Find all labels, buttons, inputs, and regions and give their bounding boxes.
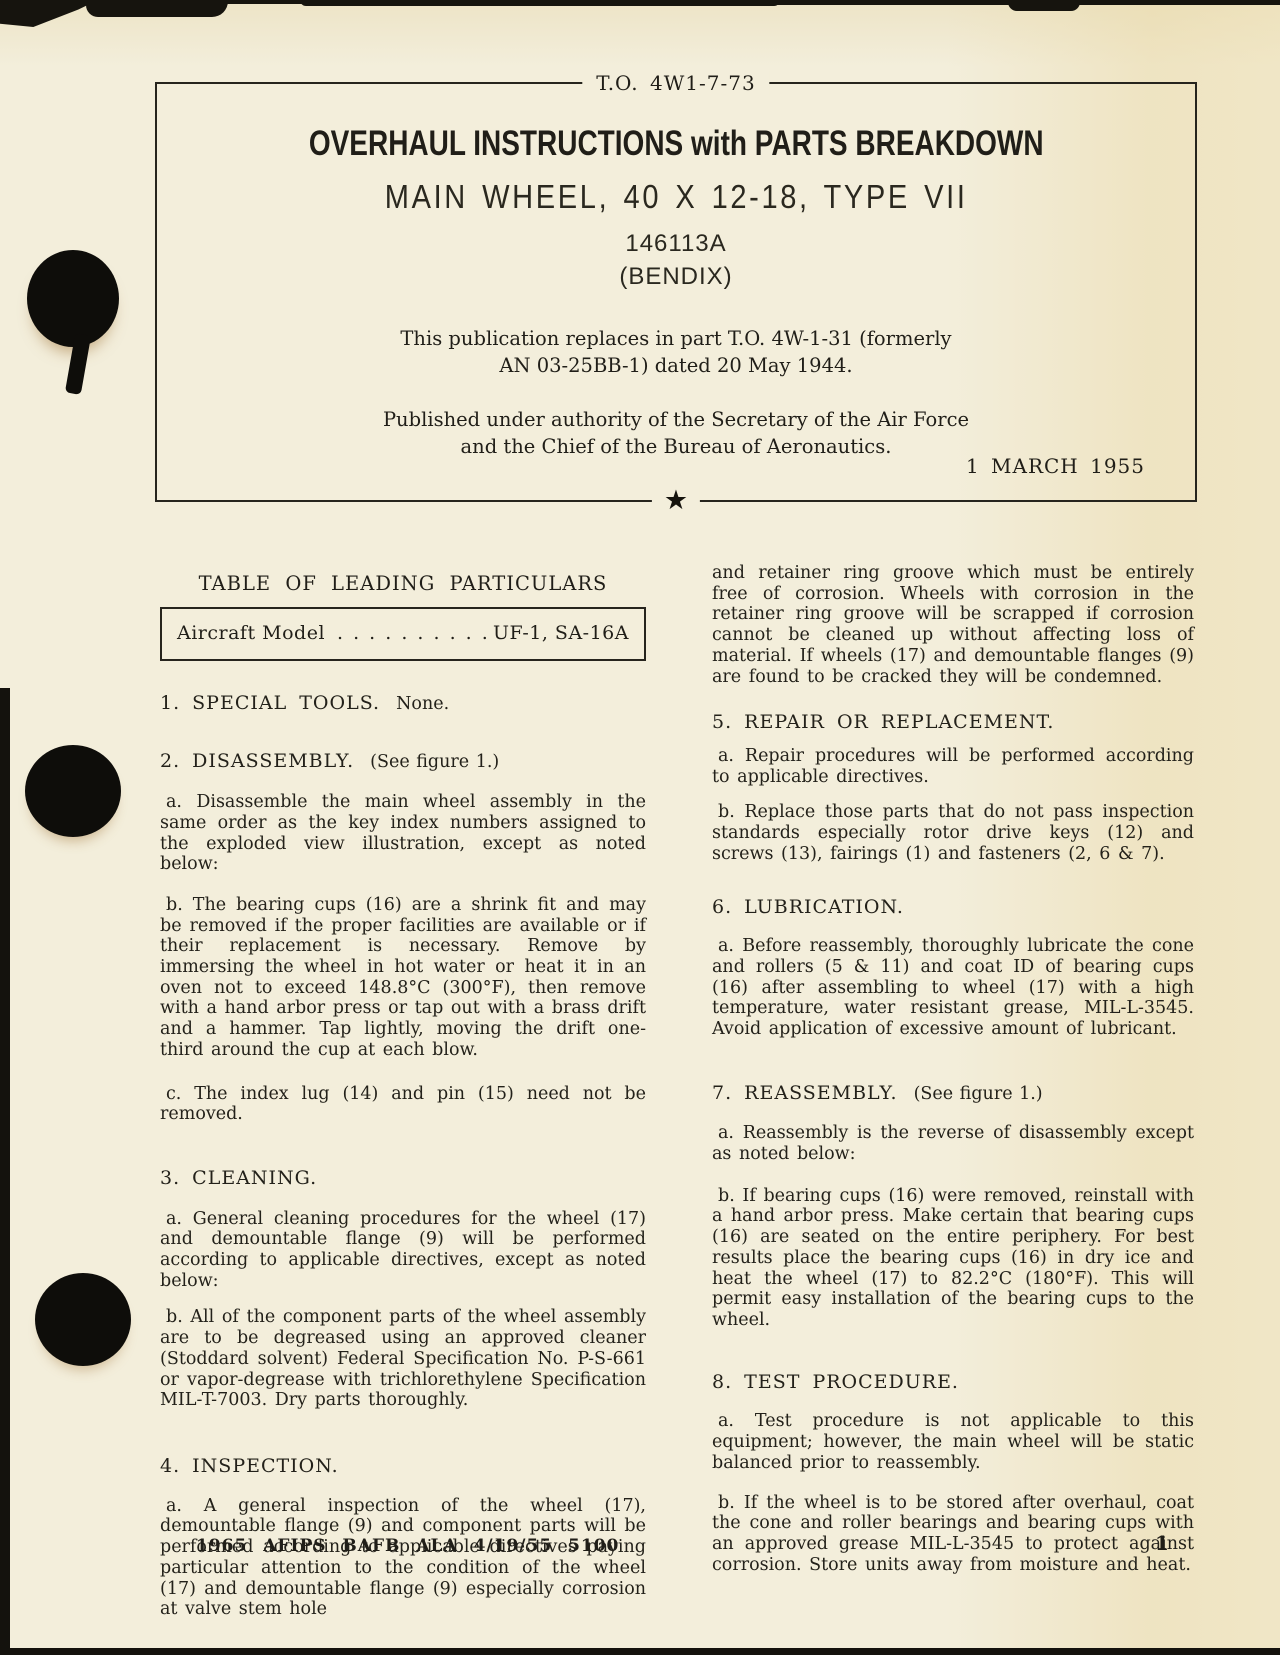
title-block-box: T.O. 4W1-7-73 OVERHAUL INSTRUCTIONS with… xyxy=(155,82,1197,502)
section-8-para-b: b. If the wheel is to be stored after ov… xyxy=(712,1493,1194,1576)
section-4-continuation: and retainer ring groove which must be e… xyxy=(712,563,1194,687)
aircraft-model-value: UF-1, SA-16A xyxy=(493,623,629,644)
leading-particulars-title: TABLE OF LEADING PARTICULARS xyxy=(160,574,646,595)
hole-punch-top xyxy=(27,250,119,347)
manufacturer-name: (BENDIX) xyxy=(157,263,1195,291)
section-2-note: (See figure 1.) xyxy=(370,752,499,772)
section-2-para-c: c. The index lug (14) and pin (15) need … xyxy=(160,1084,646,1125)
section-8-para-a: a. Test procedure is not applicable to t… xyxy=(712,1411,1194,1473)
section-3-heading: 3. CLEANING. xyxy=(160,1168,646,1189)
torn-paper-corner-left xyxy=(0,0,98,27)
section-4-para-a: a. A general inspection of the wheel (17… xyxy=(160,1496,646,1620)
authority-note: Published under authority of the Secreta… xyxy=(157,406,1195,460)
aircraft-model-box: Aircraft Model . . . . . . . . . . . . .… xyxy=(160,607,646,661)
section-6-heading: 6. LUBRICATION. xyxy=(712,897,1194,918)
section-8-heading: 8. TEST PROCEDURE. xyxy=(712,1372,1194,1393)
torn-paper-strip xyxy=(300,0,780,6)
hole-punch-middle xyxy=(25,745,121,837)
section-7-note: (See figure 1.) xyxy=(914,1084,1043,1104)
star-icon: ★ xyxy=(652,486,700,516)
section-7-para-b: b. If bearing cups (16) were removed, re… xyxy=(712,1186,1194,1331)
section-6-para-a: a. Before reassembly, thoroughly lubrica… xyxy=(712,936,1194,1040)
part-number: 146113A xyxy=(157,230,1195,258)
torn-paper-strip-right xyxy=(760,0,1280,5)
torn-paper-blob xyxy=(86,0,228,17)
section-7-heading: 7. REASSEMBLY.(See figure 1.) xyxy=(712,1083,1194,1105)
section-3-para-b: b. All of the component parts of the whe… xyxy=(160,1307,646,1411)
section-5-para-a: a. Repair procedures will be performed a… xyxy=(712,746,1194,787)
document-title: OVERHAUL INSTRUCTIONS with PARTS BREAKDO… xyxy=(157,124,1195,164)
section-7-para-a: a. Reassembly is the reverse of disassem… xyxy=(712,1123,1194,1164)
section-5-heading: 5. REPAIR OR REPLACEMENT. xyxy=(712,712,1194,733)
section-1-note: None. xyxy=(396,694,449,714)
scan-edge-bottom xyxy=(0,1648,1280,1655)
authority-note-line1: Published under authority of the Secreta… xyxy=(157,406,1195,433)
aircraft-model-label: Aircraft Model xyxy=(177,623,325,644)
print-code: 1965 AFIPS BAFB ALA 4/19/55 5100 xyxy=(196,1536,619,1556)
replaces-note-line2: AN 03-25BB-1) dated 20 May 1944. xyxy=(157,352,1195,379)
replaces-note: This publication replaces in part T.O. 4… xyxy=(157,325,1195,379)
page-number: 1 xyxy=(1155,1531,1169,1555)
dot-leader: . . . . . . . . . . . . . xyxy=(325,623,493,644)
technical-order-number: T.O. 4W1-7-73 xyxy=(582,71,769,95)
section-5-para-b: b. Replace those parts that do not pass … xyxy=(712,802,1194,864)
publication-date: 1 MARCH 1955 xyxy=(966,454,1145,478)
section-4-heading: 4. INSPECTION. xyxy=(160,1456,646,1477)
hole-punch-bottom xyxy=(35,1273,131,1366)
replaces-note-line1: This publication replaces in part T.O. 4… xyxy=(157,325,1195,352)
section-2-heading: 2. DISASSEMBLY.(See figure 1.) xyxy=(160,751,646,773)
document-subtitle: MAIN WHEEL, 40 X 12-18, TYPE VII xyxy=(157,178,1195,216)
section-2-para-a: a. Disassemble the main wheel assembly i… xyxy=(160,792,646,875)
section-2-para-b: b. The bearing cups (16) are a shrink fi… xyxy=(160,895,646,1061)
section-1-heading: 1. SPECIAL TOOLS.None. xyxy=(160,693,646,715)
left-column: TABLE OF LEADING PARTICULARS Aircraft Mo… xyxy=(160,566,646,1620)
section-3-para-a: a. General cleaning procedures for the w… xyxy=(160,1209,646,1292)
scan-edge-left xyxy=(0,688,10,1655)
right-column: and retainer ring groove which must be e… xyxy=(712,563,1194,1575)
scanned-document-page: T.O. 4W1-7-73 OVERHAUL INSTRUCTIONS with… xyxy=(0,0,1280,1655)
